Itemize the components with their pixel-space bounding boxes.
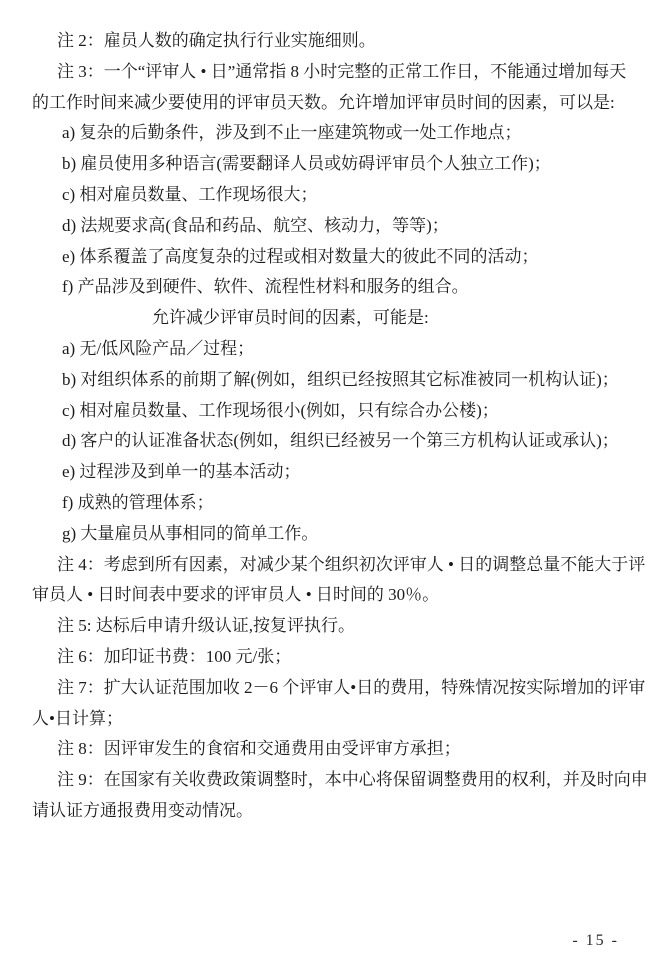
reduce-factor-f: f) 成熟的管理体系； <box>32 488 631 519</box>
note-7-line-2: 人•日计算； <box>32 704 631 735</box>
reduce-factor-e: e) 过程涉及到单一的基本活动； <box>32 457 631 488</box>
reduce-factor-g: g) 大量雇员从事相同的简单工作。 <box>32 519 631 550</box>
note-6: 注 6：加印证书费：100 元/张； <box>32 642 631 673</box>
note-5: 注 5: 达标后申请升级认证,按复评执行。 <box>32 611 631 642</box>
reduce-factor-b: b) 对组织体系的前期了解(例如，组织已经按照其它标准被同一机构认证)； <box>32 365 631 396</box>
note-4-line-2: 审员人 • 日时间表中要求的评审员人 • 日时间的 30％。 <box>32 580 631 611</box>
note-9-line-2: 请认证方通报费用变动情况。 <box>32 796 631 827</box>
increase-factor-b: b) 雇员使用多种语言(需要翻译人员或妨碍评审员个人独立工作)； <box>32 149 631 180</box>
reduce-factor-d: d) 客户的认证准备状态(例如，组织已经被另一个第三方机构认证或承认)； <box>32 426 631 457</box>
increase-factor-c: c) 相对雇员数量、工作现场很大； <box>32 180 631 211</box>
note-3-line-1: 注 3：一个“评审人 • 日”通常指 8 小时完整的正常工作日，不能通过增加每天 <box>32 57 631 88</box>
note-8: 注 8：因评审发生的食宿和交通费用由受评审方承担； <box>32 734 631 765</box>
reduce-factor-c: c) 相对雇员数量、工作现场很小(例如，只有综合办公楼)； <box>32 396 631 427</box>
note-2: 注 2：雇员人数的确定执行行业实施细则。 <box>32 26 631 57</box>
note-3-line-2: 的工作时间来减少要使用的评审员天数。允许增加评审员时间的因素，可以是: <box>32 88 631 119</box>
note-4-line-1: 注 4：考虑到所有因素，对减少某个组织初次评审人 • 日的调整总量不能大于评 <box>32 550 631 581</box>
note-7-line-1: 注 7：扩大认证范围加收 2－6 个评审人•日的费用，特殊情况按实际增加的评审 <box>32 673 631 704</box>
document-text-block: 注 2：雇员人数的确定执行行业实施细则。 注 3：一个“评审人 • 日”通常指 … <box>32 26 631 827</box>
reduce-factors-heading: 允许减少评审员时间的因素，可能是: <box>32 303 631 334</box>
reduce-factor-a: a) 无/低风险产品／过程； <box>32 334 631 365</box>
increase-factor-e: e) 体系覆盖了高度复杂的过程或相对数量大的彼此不同的活动； <box>32 242 631 273</box>
increase-factor-d: d) 法规要求高(食品和药品、航空、核动力，等等)； <box>32 211 631 242</box>
document-page: 注 2：雇员人数的确定执行行业实施细则。 注 3：一个“评审人 • 日”通常指 … <box>0 0 663 965</box>
page-number: - 15 - <box>572 930 619 952</box>
note-9-line-1: 注 9：在国家有关收费政策调整时，本中心将保留调整费用的权利，并及时向申 <box>32 765 631 796</box>
increase-factor-f: f) 产品涉及到硬件、软件、流程性材料和服务的组合。 <box>32 272 631 303</box>
increase-factor-a: a) 复杂的后勤条件，涉及到不止一座建筑物或一处工作地点； <box>32 118 631 149</box>
